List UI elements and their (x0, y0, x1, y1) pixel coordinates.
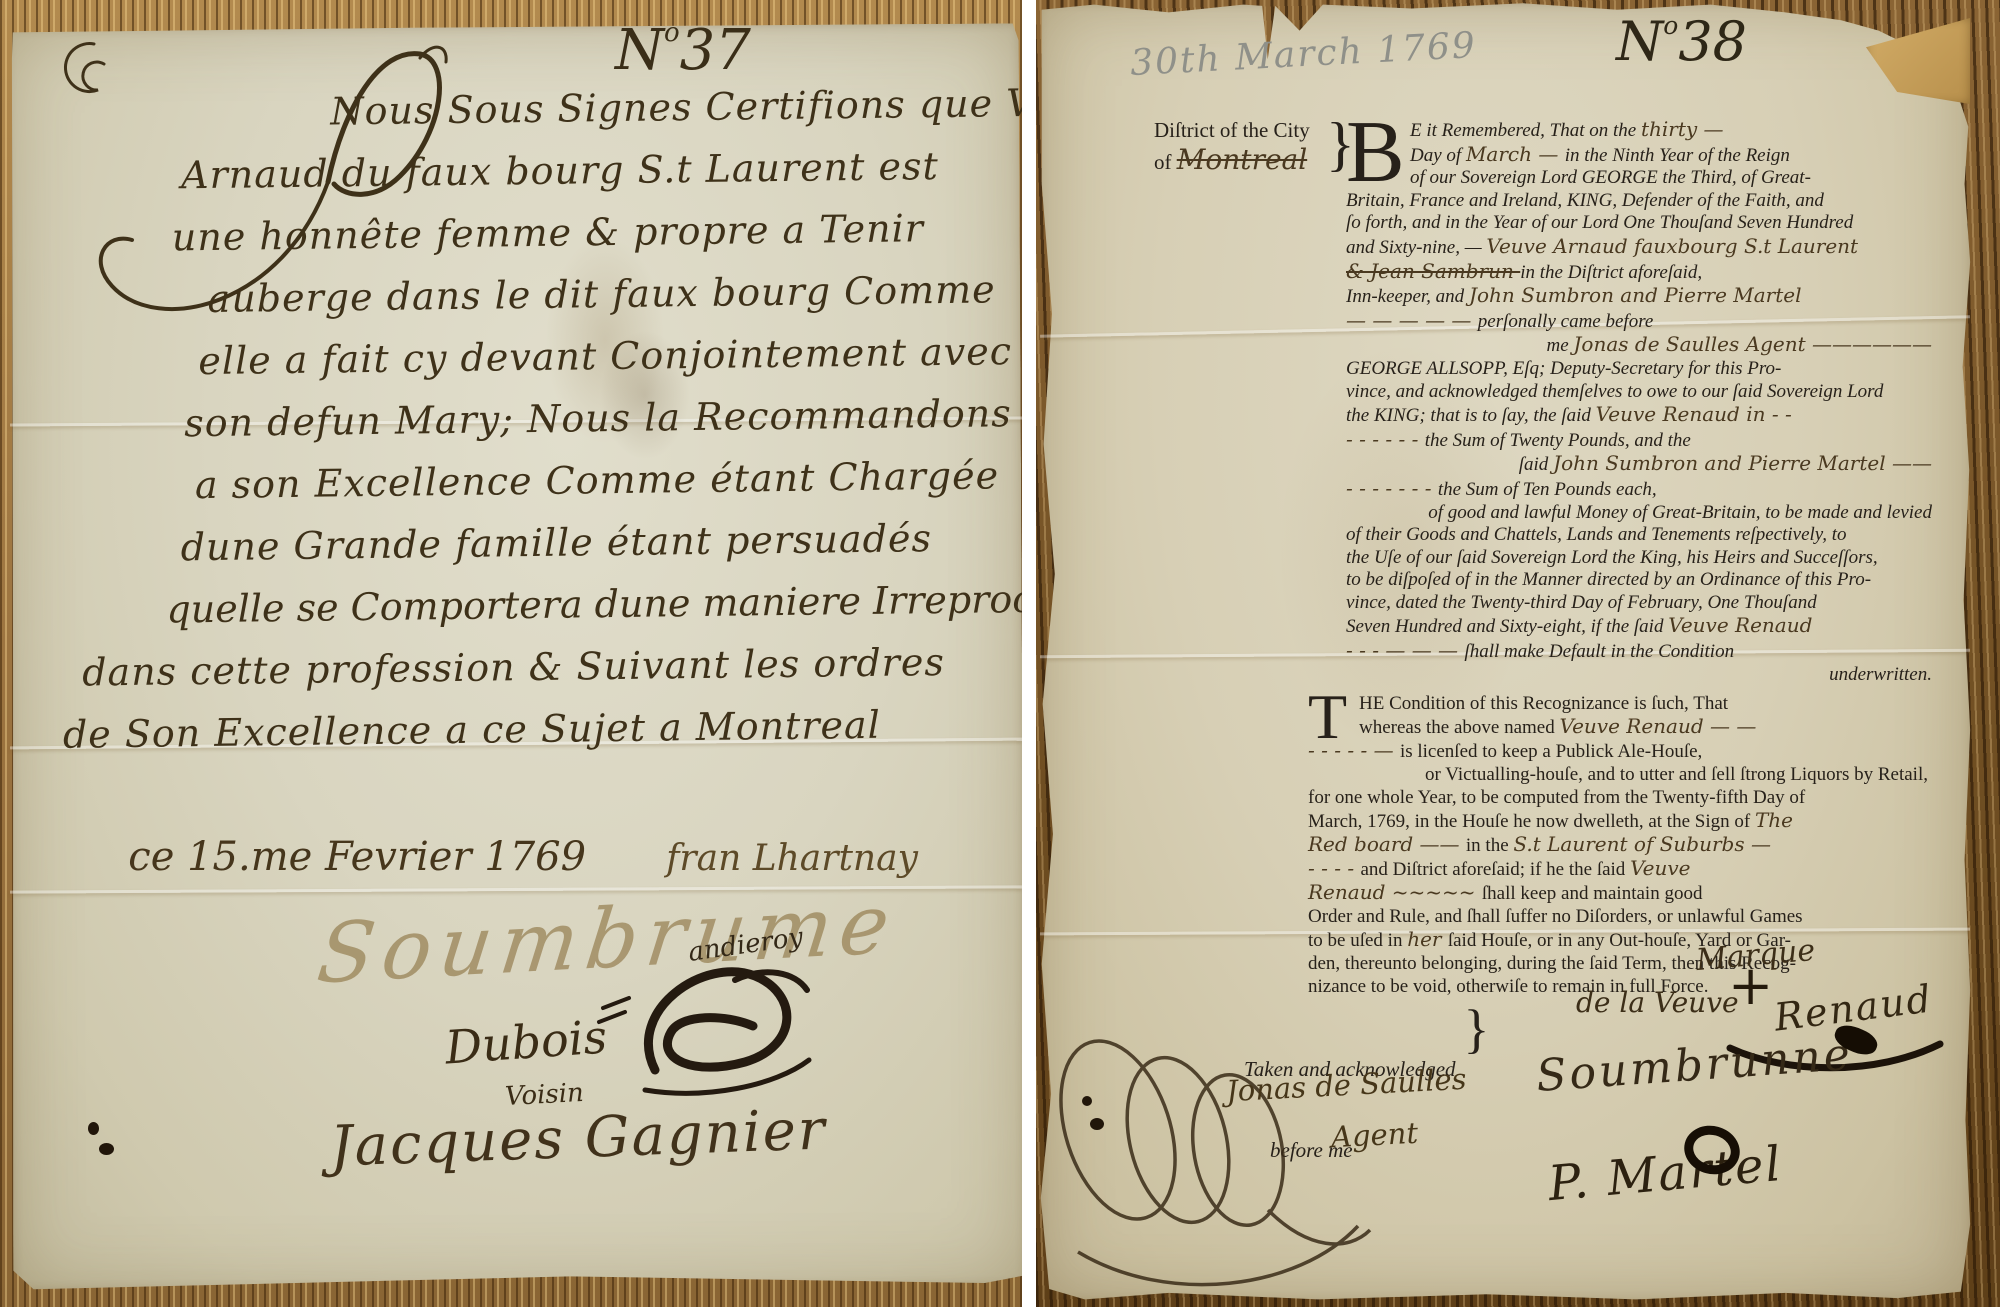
form-line: of our Sovereign Lord GEORGE the Third, … (1346, 167, 1932, 190)
form-line: Day of March — in the Ninth Year of the … (1346, 143, 1932, 168)
printed-segment: vince, and acknowledged themſelves to ow… (1346, 381, 1883, 402)
handwritten-segment: - - - - - — (1308, 738, 1400, 762)
handwritten-segment: S.t Laurent of Suburbs — (1513, 832, 1771, 856)
printed-segment: ſaid (1519, 454, 1553, 475)
handwritten-segment: Red board —— (1308, 832, 1466, 856)
form-line: vince, and acknowledged themſelves to ow… (1346, 381, 1932, 404)
handwritten-segment: Veuve Renaud (1668, 613, 1812, 637)
signature-dubois: Dubois (443, 1009, 608, 1074)
form-line: ſaid John Sumbron and Pierre Martel —— (1346, 452, 1932, 477)
form-line: - - - — — — ſhall make Default in the Co… (1346, 639, 1932, 664)
form-line: — — — — — perſonally came before (1346, 309, 1932, 334)
form-line: underwritten. (1346, 664, 1932, 687)
handwritten-segment: Veuve Renaud — — (1559, 714, 1756, 738)
printed-segment: and Diſtrict aforeſaid; if he the ſaid (1360, 859, 1630, 880)
form-line: the Uſe of our ſaid Sovereign Lord the K… (1346, 547, 1932, 570)
handwritten-segment: - - - — — — (1346, 638, 1464, 662)
form-line: and Sixty-nine, — Veuve Arnaud fauxbourg… (1346, 235, 1932, 260)
form-line: for one whole Year, to be computed from … (1308, 786, 1928, 809)
manuscript-line: dune Grande famille étant persuadés (45, 506, 1012, 580)
form-line: GEORGE ALLSOPP, Eſq; Deputy-Secretary fo… (1346, 358, 1932, 381)
printed-segment: Day of (1410, 145, 1466, 166)
form-line: Seven Hundred and Sixty-eight, if the ſa… (1346, 614, 1932, 639)
handwritten-segment: - - - - - - (1346, 427, 1425, 451)
form-line: the KING; that is to ſay, the ſaid Veuve… (1346, 403, 1932, 428)
printed-segment: of our Sovereign Lord GEORGE the Third, … (1410, 167, 1811, 188)
number-digits: 37 (680, 18, 751, 83)
form-line: whereas the above named Veuve Renaud — — (1308, 715, 1928, 739)
printed-segment: whereas the above named (1359, 717, 1559, 738)
printed-segment: ſhall keep and maintain good (1482, 883, 1703, 904)
form-line: Renaud ~~~~~ ſhall keep and maintain goo… (1308, 881, 1928, 905)
printed-segment: and Sixty-nine, — (1346, 237, 1486, 258)
printed-segment: ſo forth, and in the Year of our Lord On… (1346, 212, 1853, 233)
manuscript-line: dans cette profession & Suivant les ordr… (47, 630, 1014, 704)
dropcap-b: B (1346, 120, 1404, 186)
manuscript-line: Arnaud du faux bourg S.t Laurent est (41, 134, 1008, 208)
signature-lhartnay: fran Lhartnay (666, 838, 918, 879)
recognizance-paragraph: B E it Remembered, That on the thirty —D… (1346, 118, 1932, 686)
handwritten-segment: - - - - (1308, 856, 1360, 880)
handwritten-segment: Jonas de Saulles Agent —————— (1573, 332, 1932, 356)
form-line: to be diſpoſed of in the Manner directed… (1346, 569, 1932, 592)
form-line: of their Goods and Chattels, Lands and T… (1346, 524, 1932, 547)
handwritten-segment: her (1407, 927, 1448, 951)
printed-segment: to be uſed in (1308, 930, 1407, 951)
number-letter: N (615, 18, 664, 83)
printed-segment: of good and lawful Money of Great-Britai… (1428, 502, 1932, 523)
printed-segment: vince, dated the Twenty-third Day of Feb… (1346, 592, 1817, 613)
calligraphic-loops-icon (1048, 1000, 1378, 1300)
district-of: of (1154, 150, 1177, 174)
printed-segment: HE Condition of this Recognizance is ſuc… (1359, 693, 1728, 714)
printed-segment: underwritten. (1829, 664, 1932, 685)
form-line: of good and lawful Money of Great-Britai… (1346, 502, 1932, 525)
printed-segment: Inn-keeper, and (1346, 286, 1469, 307)
handwritten-segment: Veuve Arnaud fauxbourg S.t Laurent (1486, 234, 1858, 258)
printed-segment: for one whole Year, to be computed from … (1308, 787, 1805, 808)
printed-segment: E it Remembered, That on the (1410, 120, 1641, 141)
handwritten-segment: John Sumbron and Pierre Martel —— (1553, 451, 1932, 475)
handwritten-segment: The (1755, 808, 1793, 832)
photo-left-document: No37 Nous Sous Signes Certifions que Veu… (0, 0, 1022, 1307)
mark-de-la-veuve: de la Veuve (1576, 986, 1739, 1019)
printed-segment: GEORGE ALLSOPP, Eſq; Deputy-Secretary fo… (1346, 358, 1781, 379)
printed-segment: in the (1466, 835, 1514, 856)
handwritten-segment: & Jean Sambrun (1346, 259, 1520, 283)
manuscript-line: a son Excellence Comme étant Chargée (45, 444, 1012, 518)
printed-segment: the Sum of Twenty Pounds, and the (1425, 430, 1691, 451)
manuscript-line: Nous Sous Signes Certifions que Veuve (40, 72, 1007, 146)
handwritten-segment: - - - - - - - (1346, 476, 1438, 500)
printed-segment: in the Diſtrict aforeſaid, (1520, 262, 1702, 283)
manuscript-line: auberge dans le dit faux bourg Comme (42, 258, 1009, 332)
form-line: or Victualling-houſe, and to utter and ſ… (1308, 763, 1928, 786)
form-line: - - - - and Diſtrict aforeſaid; if he th… (1308, 857, 1928, 881)
form-line: Britain, France and Ireland, KING, Defen… (1346, 190, 1932, 213)
form-line: - - - - - — is licenſed to keep a Public… (1308, 739, 1928, 763)
document-number: No37 (615, 18, 751, 83)
form-line: - - - - - - - the Sum of Ten Pounds each… (1346, 477, 1932, 502)
handwritten-segment: Veuve (1630, 856, 1690, 880)
printed-segment: March, 1769, in the Houſe he now dwellet… (1308, 811, 1755, 832)
form-line: March, 1769, in the Houſe he now dwellet… (1308, 809, 1928, 833)
document-number: No38 (1616, 10, 1747, 73)
manuscript-line: quelle se Comportera dune maniere Irrepr… (46, 568, 1013, 642)
mark-cross: + (1728, 954, 1773, 1017)
dropcap-t: T (1308, 694, 1352, 739)
form-line: Order and Rule, and ſhall ſuffer no Diſo… (1308, 905, 1928, 928)
french-manuscript-body: Nous Sous Signes Certifions que VeuveArn… (40, 72, 1014, 766)
number-digits: 38 (1678, 10, 1747, 73)
manuscript-line: son defun Mary; Nous la Recommandons (44, 382, 1011, 456)
number-superscript: o (664, 18, 680, 48)
printed-segment: to be diſpoſed of in the Manner directed… (1346, 569, 1871, 590)
printed-segment: of their Goods and Chattels, Lands and T… (1346, 524, 1846, 545)
form-line: ſo forth, and in the Year of our Lord On… (1346, 212, 1932, 235)
form-line: - - - - - - the Sum of Twenty Pounds, an… (1346, 428, 1932, 453)
form-line: Red board —— in the S.t Laurent of Subur… (1308, 833, 1928, 857)
photographed-documents: No37 Nous Sous Signes Certifions que Veu… (0, 0, 2000, 1307)
printed-segment: the Sum of Ten Pounds each, (1438, 479, 1657, 500)
printed-segment: ſhall make Default in the Condition (1464, 641, 1734, 662)
handwritten-segment: March — (1466, 142, 1565, 166)
printed-segment: Seven Hundred and Sixty-eight, if the ſa… (1346, 616, 1668, 637)
inked-signature-flourish-icon (585, 950, 820, 1115)
form-line: E it Remembered, That on the thirty — (1346, 118, 1932, 143)
form-line: Inn-keeper, and John Sumbron and Pierre … (1346, 284, 1932, 309)
number-letter: N (1616, 10, 1663, 73)
form-line: vince, dated the Twenty-third Day of Feb… (1346, 592, 1932, 615)
printed-segment: the KING; that is to ſay, the ſaid (1346, 405, 1596, 426)
printed-segment: me (1547, 335, 1574, 356)
printed-segment: Britain, France and Ireland, KING, Defen… (1346, 190, 1824, 211)
form-line: & Jean Sambrun in the Diſtrict aforeſaid… (1346, 260, 1932, 285)
signature-agent-title: Agent (1330, 1116, 1419, 1155)
manuscript-line: de Son Excellence a ce Sujet a Montreal (48, 692, 1015, 766)
printed-segment: Order and Rule, and ſhall ſuffer no Diſo… (1308, 906, 1803, 927)
printed-segment: in the Ninth Year of the Reign (1565, 145, 1790, 166)
taken-brace: } (1464, 1002, 1490, 1056)
printed-segment: the Uſe of our ſaid Sovereign Lord the K… (1346, 547, 1878, 568)
manuscript-line: une honnête femme & propre a Tenir (42, 196, 1009, 270)
handwritten-segment: — — — — — (1346, 308, 1478, 332)
form-line: HE Condition of this Recognizance is ſuc… (1308, 692, 1928, 715)
printed-segment: is licenſed to keep a Publick Ale-Houſe, (1400, 741, 1702, 762)
photo-right-document: 30th March 1769 No38 Diſtrict of the Cit… (1036, 0, 2000, 1307)
form-line: me Jonas de Saulles Agent —————— (1346, 333, 1932, 358)
manuscript-line: elle a fait cy devant Conjointement avec (43, 320, 1010, 394)
handwritten-segment: Renaud ~~~~~ (1308, 880, 1482, 904)
handwritten-segment: Veuve Renaud in - - (1596, 402, 1792, 426)
number-superscript: o (1663, 11, 1678, 40)
district-fill-montreal: Montreal (1177, 143, 1307, 176)
handwritten-segment: thirty — (1641, 117, 1724, 141)
printed-segment: or Victualling-houſe, and to utter and ſ… (1425, 764, 1928, 785)
printed-segment: perſonally came before (1478, 311, 1654, 332)
manuscript-date: ce 15.me Fevrier 1769 (128, 834, 586, 880)
handwritten-segment: John Sumbron and Pierre Martel (1469, 283, 1802, 307)
